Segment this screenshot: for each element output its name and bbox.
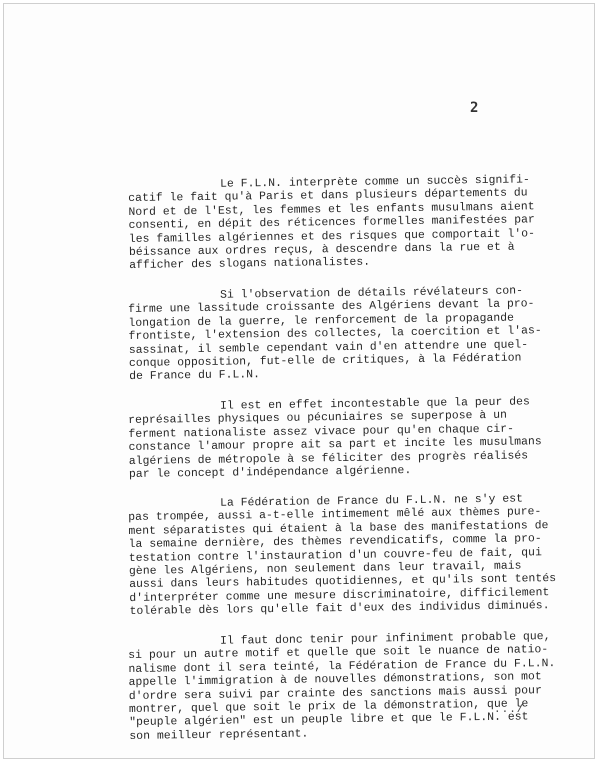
paragraph-2: Si l'observation de détails révélateurs … — [128, 285, 549, 385]
document-body: Le F.L.N. interprète comme un succès sig… — [128, 180, 548, 761]
page-number: 2 — [470, 100, 478, 116]
paragraph-4: La Fédération de France du F.L.N. ne s'y… — [128, 493, 550, 620]
continuation-mark: .../ — [494, 704, 524, 716]
paragraph-1: Le F.L.N. interprète comme un succès sig… — [128, 174, 549, 274]
paragraph-3: Il est en effet incontestable que la peu… — [128, 396, 549, 482]
document-page: 2 Le F.L.N. interprète comme un succès s… — [3, 3, 595, 759]
paragraph-5: Il faut donc tenir pour infiniment proba… — [128, 631, 549, 744]
